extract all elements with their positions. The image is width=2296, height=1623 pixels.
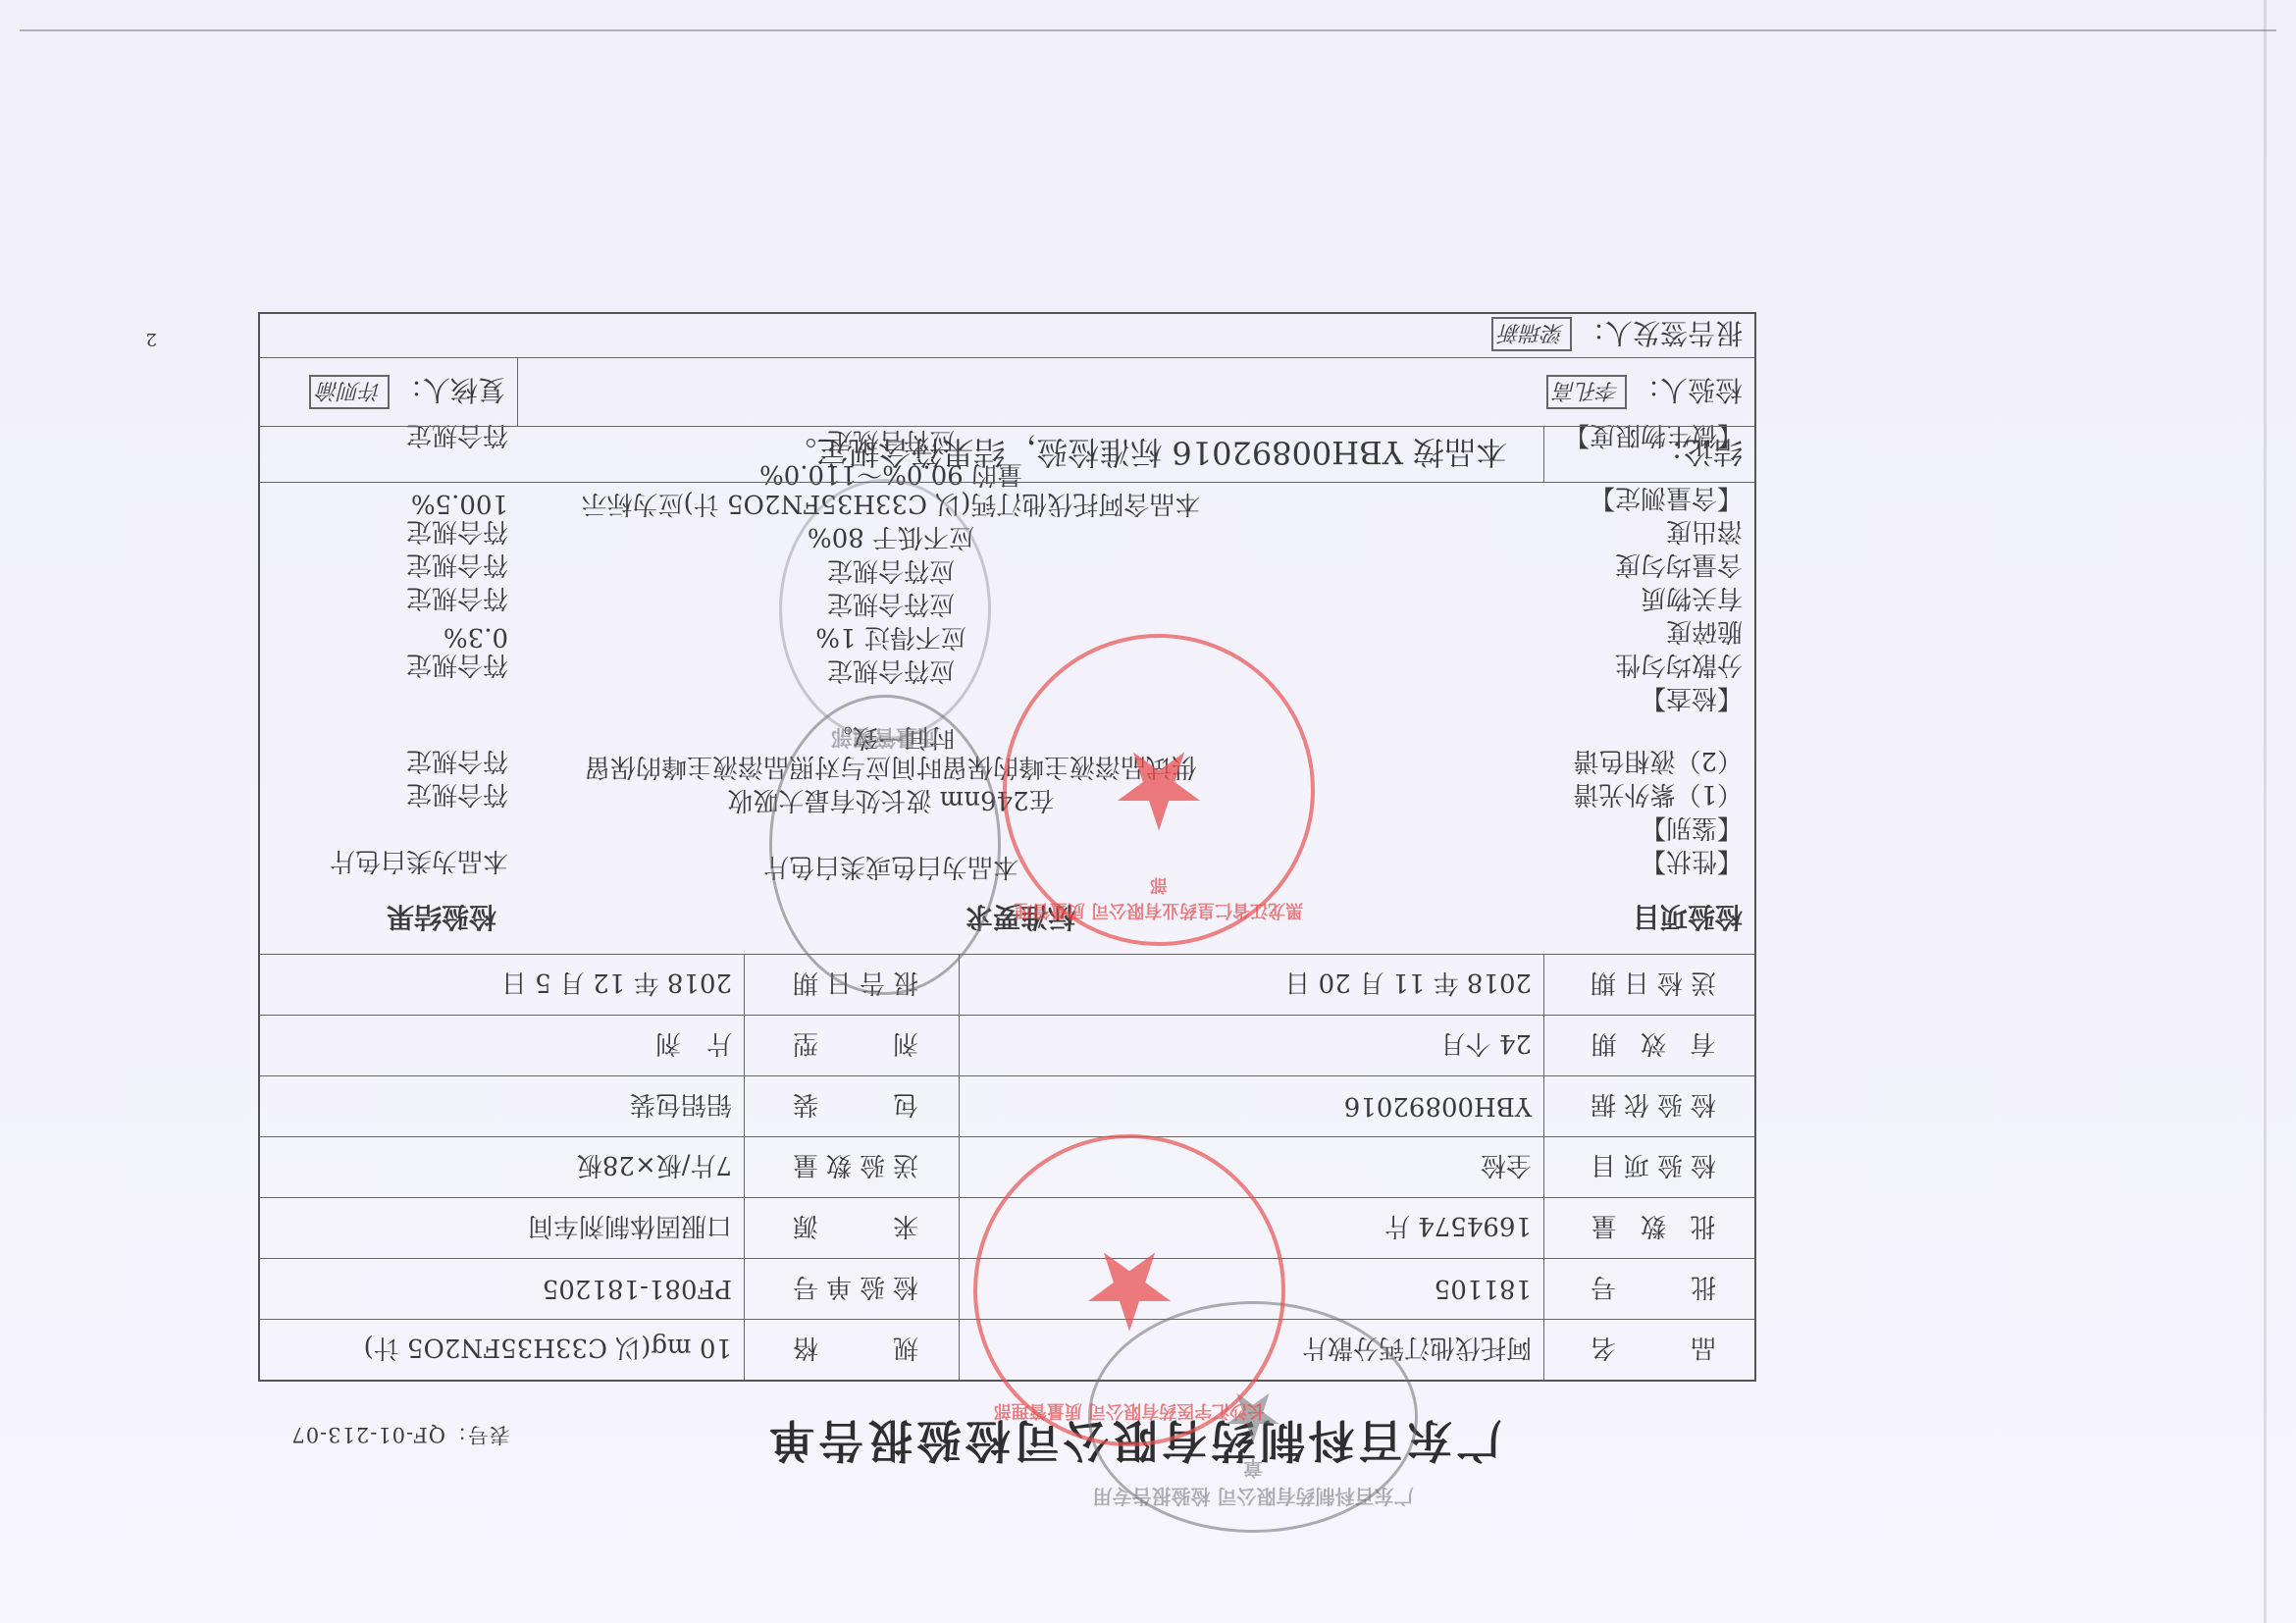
info-label: 检验项目 bbox=[1543, 1137, 1754, 1197]
test-item: 有关物质 bbox=[1641, 582, 1743, 618]
test-item: （2）液相色谱 bbox=[1573, 745, 1743, 781]
test-result: 符合规定 bbox=[406, 549, 508, 585]
info-row: 检验项目全检送验数量7片/板×28板 bbox=[260, 1136, 1754, 1197]
info-label: 批 数 量 bbox=[1543, 1198, 1754, 1258]
info-row: 有 效 期24 个月剂 型片 剂 bbox=[260, 1015, 1754, 1075]
reviewer-label: 复核人： bbox=[395, 373, 505, 412]
scanned-page: 表号：QF-01-213-07 广东百科制药有限公司检验报告单 品 名阿托伐他汀… bbox=[0, 0, 2296, 1623]
test-result: 符合规定 bbox=[406, 582, 508, 618]
info-value: 铝铝包装 bbox=[256, 1076, 744, 1136]
conclusion-row: 结论： 本品按 YBH00892016 标准检验，结果符合规定。 bbox=[260, 426, 1754, 483]
red-stamp-middle: ★ 黑龙江省仁皇药业有限公司 质量管理部 bbox=[1003, 634, 1315, 946]
inspector-field: 检验人： 李孔高 bbox=[969, 358, 1754, 426]
items-header-item: 检验项目 bbox=[1342, 883, 1754, 954]
test-item: 溶出度 bbox=[1666, 515, 1743, 551]
test-item: 【性状】 bbox=[1641, 845, 1743, 881]
info-label: 剂 型 bbox=[744, 1016, 960, 1075]
scan-edge-line bbox=[2264, 0, 2267, 1623]
stamp-star-icon: ★ bbox=[1111, 736, 1208, 844]
test-item: 【含量测定】 bbox=[1590, 482, 1743, 518]
stamp-text: 长沙汇宇医药有限公司 质量管理部 bbox=[977, 1399, 1281, 1425]
stamp-text: 广东百科制药有限公司 检验报告专用章 bbox=[1091, 1455, 1415, 1512]
test-item: 脆碎度 bbox=[1666, 615, 1743, 652]
info-label: 规 格 bbox=[744, 1320, 960, 1380]
issuer-row: 报告签发人： 梁瑞新 bbox=[260, 312, 1754, 357]
test-item: 含量均匀度 bbox=[1615, 549, 1743, 585]
inspector-label: 检验人： bbox=[1633, 373, 1743, 412]
issuer-field: 报告签发人： 梁瑞新 bbox=[969, 312, 1754, 357]
info-label: 检验依据 bbox=[1543, 1076, 1754, 1136]
gray-stamp-lower bbox=[779, 479, 991, 740]
info-value: 口服固体制剂车间 bbox=[256, 1198, 744, 1258]
info-label: 包 装 bbox=[744, 1076, 960, 1136]
reviewer-signature: 许则渝 bbox=[309, 375, 390, 409]
info-value: PF081-181205 bbox=[256, 1259, 744, 1319]
info-label: 品 名 bbox=[1543, 1320, 1754, 1380]
stamp-text: 黑龙江省仁皇药业有限公司 质量管理部 bbox=[1007, 873, 1311, 924]
info-value: 2018 年 12 月 5 日 bbox=[256, 955, 744, 1015]
info-row: 检验依据YBH00892016包 装铝铝包装 bbox=[260, 1075, 1754, 1136]
issuer-signature: 梁瑞新 bbox=[1491, 318, 1572, 352]
conclusion-label: 结论： bbox=[1543, 427, 1754, 482]
info-value: 7片/板×28板 bbox=[256, 1137, 744, 1197]
info-value: 24 个月 bbox=[960, 1016, 1543, 1075]
info-value: 2018 年 11 月 20 日 bbox=[960, 955, 1543, 1015]
test-result: 符合规定 bbox=[406, 778, 508, 814]
test-item: 【检查】 bbox=[1641, 682, 1743, 718]
info-label: 来 源 bbox=[744, 1198, 960, 1258]
reviewer-field: 复核人： 许则渝 bbox=[256, 358, 518, 426]
info-label: 送检日期 bbox=[1543, 955, 1754, 1015]
conclusion-text: 本品按 YBH00892016 标准检验，结果符合规定。 bbox=[341, 427, 1519, 482]
info-value: 10 mg(以 C33H35FN2O5 计) bbox=[256, 1320, 744, 1380]
test-result: 符合规定 bbox=[406, 515, 508, 551]
test-result: 本品为类白色片 bbox=[330, 845, 508, 881]
info-label: 有 效 期 bbox=[1543, 1016, 1754, 1075]
info-label: 批 号 bbox=[1543, 1259, 1754, 1319]
items-header-result: 检验结果 bbox=[263, 883, 508, 954]
page-number: 2 bbox=[146, 329, 157, 349]
info-label: 检验单号 bbox=[744, 1259, 960, 1319]
issuer-label: 报告签发人： bbox=[1578, 315, 1743, 354]
info-value: YBH00892016 bbox=[960, 1076, 1543, 1136]
test-item: 分散均匀性 bbox=[1615, 649, 1743, 685]
test-result: 符合规定 bbox=[406, 745, 508, 781]
info-value: 片 剂 bbox=[256, 1016, 744, 1075]
inspector-row: 检验人： 李孔高 复核人： 许则渝 bbox=[260, 357, 1754, 426]
stamp-star-icon: ★ bbox=[1081, 1236, 1178, 1344]
test-result: 0.3% bbox=[444, 622, 508, 652]
scan-edge-line bbox=[20, 29, 2276, 31]
form-number: 表号：QF-01-213-07 bbox=[290, 1421, 510, 1450]
test-result: 100.5% bbox=[411, 489, 508, 518]
red-stamp-result: ★ 长沙汇宇医药有限公司 质量管理部 bbox=[973, 1134, 1285, 1446]
info-label: 送验数量 bbox=[744, 1137, 960, 1197]
test-item: （1）紫外光谱 bbox=[1573, 778, 1743, 814]
inspector-signature: 李孔高 bbox=[1546, 375, 1627, 409]
info-row: 送检日期2018 年 11 月 20 日报告日期2018 年 12 月 5 日 bbox=[260, 954, 1754, 1015]
test-item: 【鉴别】 bbox=[1641, 811, 1743, 848]
test-result: 符合规定 bbox=[406, 649, 508, 685]
